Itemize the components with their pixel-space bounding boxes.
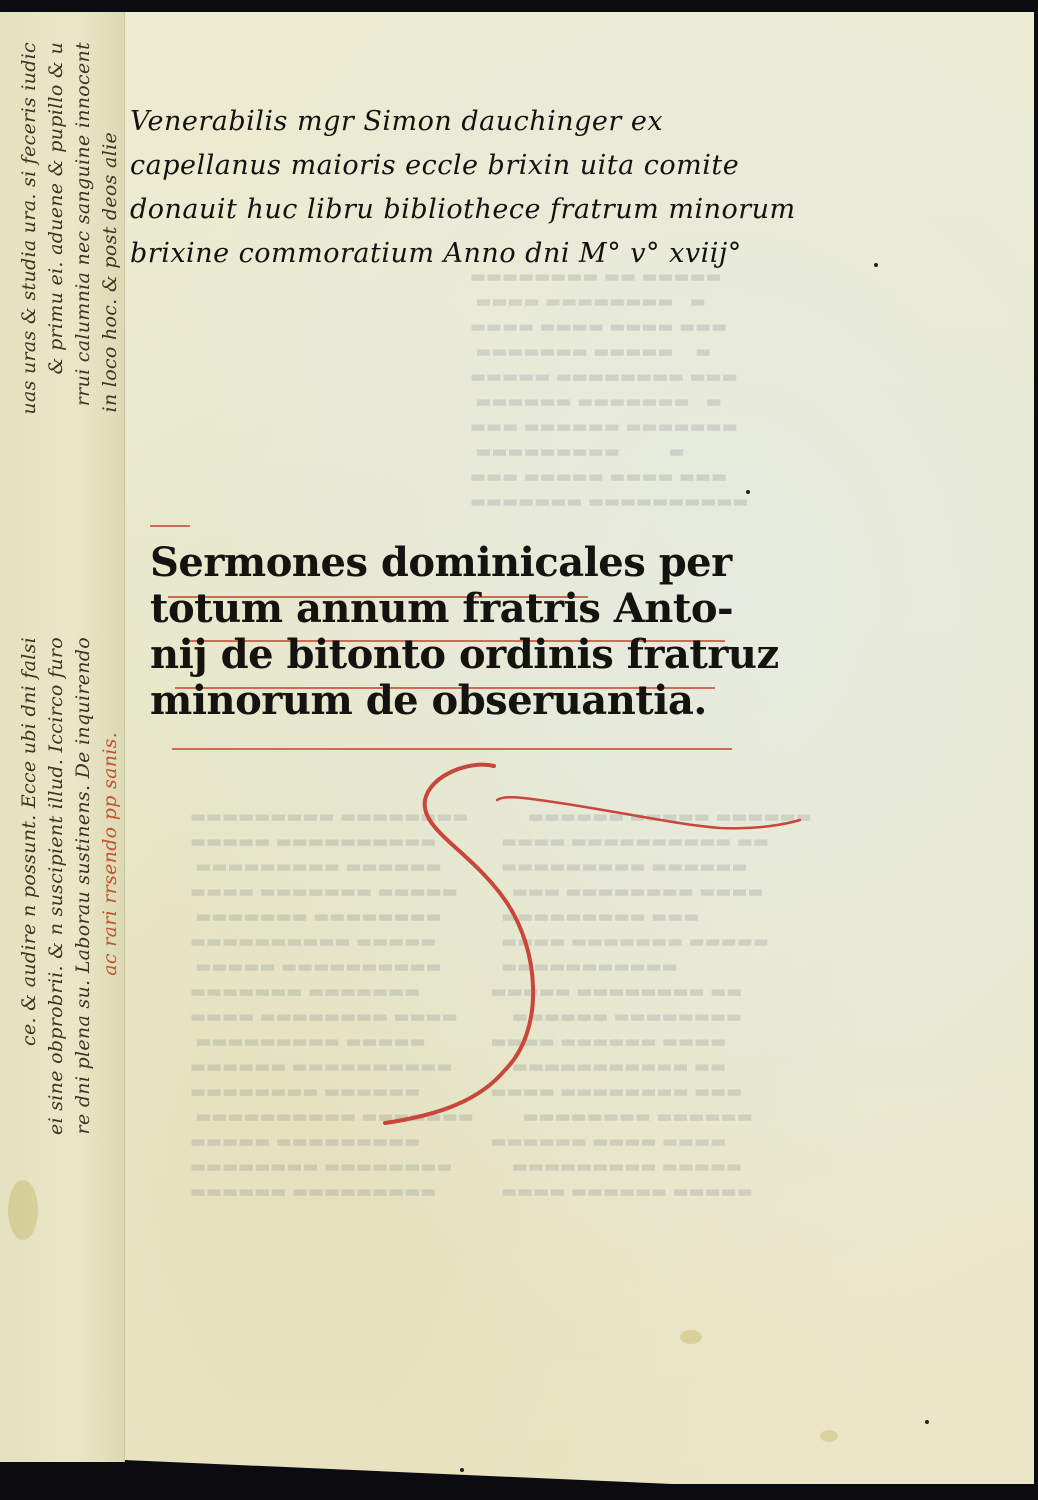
ink-speck <box>460 1468 464 1472</box>
ink-speck <box>925 1420 929 1424</box>
foxing-stain <box>680 1330 702 1344</box>
foxing-stain <box>8 1180 38 1240</box>
red-s-flourish-icon <box>0 0 1038 1500</box>
ink-speck <box>746 490 750 494</box>
foxing-stain <box>820 1430 838 1442</box>
ink-speck <box>874 263 878 267</box>
